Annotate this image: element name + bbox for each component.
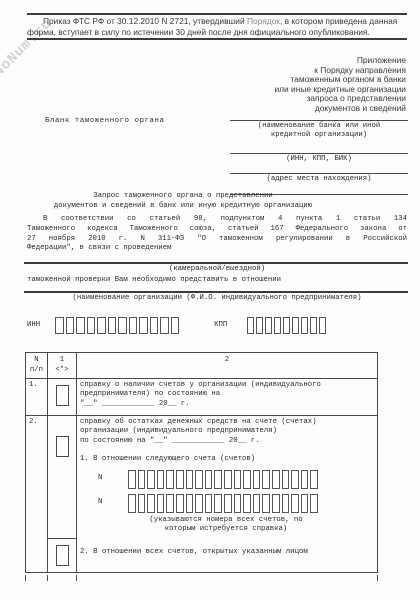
account-number-row: N [80, 470, 375, 489]
row1-checkbox-cell [48, 379, 77, 416]
row1-number: 1. [26, 379, 48, 416]
digit-cell[interactable] [243, 494, 251, 513]
digit-cell[interactable] [253, 470, 261, 489]
digit-cell[interactable] [150, 317, 159, 334]
digit-cell[interactable] [247, 317, 254, 334]
bank-details-block: (наименование банка или иной кредитной о… [230, 120, 408, 195]
digit-cell[interactable] [166, 470, 174, 489]
header-text: N [26, 355, 47, 365]
digit-cell[interactable] [291, 470, 299, 489]
row2-subitem2-label: 2. В отношении всех счетов, открытых ука… [80, 548, 375, 557]
bank-address-caption: (адрес места нахождения) [230, 174, 408, 187]
header-text: <*> [48, 365, 76, 375]
digit-cell[interactable] [301, 317, 308, 334]
table-row: 2. справку об остатках денежных средств … [26, 416, 377, 572]
digit-cell[interactable] [138, 494, 146, 513]
digit-cell[interactable] [243, 470, 251, 489]
intro-line: Таможенного кодекса Таможенного союза, с… [27, 225, 407, 235]
digit-cell[interactable] [291, 494, 299, 513]
digit-cell[interactable] [97, 317, 106, 334]
document-page: NoNum.ru Приказ ФТС РФ от 30.12.2010 N 2… [0, 0, 420, 600]
digit-cell[interactable] [66, 317, 75, 334]
digit-cell[interactable] [292, 317, 299, 334]
digit-cell[interactable] [301, 494, 309, 513]
digit-cell[interactable] [186, 494, 194, 513]
intro-continuation: таможенной проверки Вам необходимо предс… [27, 276, 281, 285]
digit-cell[interactable] [176, 470, 184, 489]
document-title: Запрос таможенного органа о представлени… [27, 192, 339, 212]
digit-cell[interactable] [129, 317, 138, 334]
digit-cell[interactable] [186, 470, 194, 489]
appendix-block: Приложение к Порядку направления таможен… [274, 56, 406, 114]
inn-input[interactable] [55, 317, 179, 334]
digit-cell[interactable] [176, 494, 184, 513]
digit-cell[interactable] [108, 317, 117, 334]
document-title-line: документов и сведений в банк или иную кр… [27, 202, 339, 212]
account-number-input[interactable] [128, 494, 318, 513]
row2-option1-checkbox-cell [48, 416, 76, 539]
account-numbers-caption-line: которым истребуется справка) [128, 525, 324, 534]
digit-cell[interactable] [147, 470, 155, 489]
check-type-caption: (камеральной/выездной) [27, 265, 407, 274]
digit-cell[interactable] [171, 317, 180, 334]
legal-note: Приказ ФТС РФ от 30.12.2010 N 2721, утве… [27, 13, 407, 40]
appendix-line: документов и сведений [274, 104, 406, 114]
account-number-label: N [98, 474, 128, 483]
header-col-mark: 1 <*> [48, 353, 77, 379]
digit-cell[interactable] [256, 317, 263, 334]
digit-cell[interactable] [205, 494, 213, 513]
row2-text-line: организации (индивидуального предпринима… [80, 427, 375, 436]
row1-text-line: предпринимателя) по состоянию на [80, 390, 375, 399]
bank-codes-caption: (ИНН, КПП, БИК) [230, 154, 408, 167]
digit-cell[interactable] [138, 470, 146, 489]
letterhead-label: Бланк таможенного органа [45, 117, 165, 126]
row1-content: справку о наличии счетов у организации (… [77, 379, 377, 416]
organization-fill-line[interactable] [24, 291, 408, 293]
next-row-cut-off [25, 575, 378, 581]
organization-caption: (наименование организации (Ф.И.О. индиви… [27, 294, 407, 303]
codes-row: ИНН КПП [27, 317, 407, 334]
digit-cell[interactable] [195, 470, 203, 489]
digit-cell[interactable] [214, 470, 222, 489]
digit-cell[interactable] [301, 470, 309, 489]
digit-cell[interactable] [224, 494, 232, 513]
row2-content: справку об остатках денежных средств на … [77, 416, 377, 572]
inn-label: ИНН [27, 317, 40, 334]
digit-cell[interactable] [55, 317, 64, 334]
kpp-input[interactable] [247, 317, 326, 334]
check-type-fill-line[interactable] [24, 262, 408, 264]
digit-cell[interactable] [128, 494, 136, 513]
intro-paragraph: В соответствии со статьей 98, подпунктом… [27, 215, 407, 254]
legal-note-text: , в котором приведена данная [280, 16, 397, 26]
digit-cell[interactable] [128, 470, 136, 489]
row2-option1-checkbox[interactable] [56, 436, 69, 457]
digit-cell[interactable] [262, 494, 270, 513]
document-title-line: Запрос таможенного органа о представлени… [27, 192, 339, 202]
header-col-num: N п/п [26, 353, 48, 379]
row2-option2-checkbox[interactable] [56, 545, 69, 566]
digit-cell[interactable] [139, 317, 148, 334]
digit-cell[interactable] [265, 317, 272, 334]
digit-cell[interactable] [224, 470, 232, 489]
digit-cell[interactable] [274, 317, 281, 334]
account-number-input[interactable] [128, 470, 318, 489]
digit-cell[interactable] [234, 470, 242, 489]
digit-cell[interactable] [282, 470, 290, 489]
digit-cell[interactable] [214, 494, 222, 513]
digit-cell[interactable] [147, 494, 155, 513]
row1-text-line: справку о наличии счетов у организации (… [80, 381, 375, 390]
digit-cell[interactable] [310, 317, 317, 334]
kpp-label: КПП [214, 317, 227, 334]
header-text: п/п [26, 365, 47, 375]
account-number-row: N [80, 494, 375, 513]
legal-note-line1: Приказ ФТС РФ от 30.12.2010 N 2721, утве… [27, 16, 407, 27]
digit-cell[interactable] [87, 317, 96, 334]
bank-name-caption: (наименование банка или иной кредитной о… [230, 121, 408, 143]
digit-cell[interactable] [283, 317, 290, 334]
account-numbers-caption-line: (указываются номера всех счетов, по [128, 516, 324, 525]
digit-cell[interactable] [118, 317, 127, 334]
digit-cell[interactable] [262, 470, 270, 489]
legal-note-link: Порядок [247, 16, 280, 26]
account-numbers-caption: (указываются номера всех счетов, по кото… [128, 516, 324, 535]
digit-cell[interactable] [76, 317, 85, 334]
row1-checkbox[interactable] [56, 385, 69, 406]
row2-text-line: справку об остатках денежных средств на … [80, 418, 375, 427]
bank-name-caption-line: кредитной организации) [230, 131, 408, 140]
intro-line: 27 ноября 2010 г. N 311-ФЗ "О таможенном… [27, 235, 407, 245]
digit-cell[interactable] [310, 494, 318, 513]
digit-cell[interactable] [160, 317, 169, 334]
account-number-label: N [98, 498, 128, 507]
digit-cell[interactable] [195, 494, 203, 513]
header-col-content: 2 [77, 353, 377, 379]
intro-line: Федерации", в связи с проведением [27, 244, 407, 254]
legal-note-text: Приказ ФТС РФ от 30.12.2010 N 2721, утве… [43, 16, 247, 26]
digit-cell[interactable] [253, 494, 261, 513]
bank-name-caption-line: (наименование банка или иной [230, 122, 408, 131]
table-header-row: N п/п 1 <*> 2 [26, 353, 377, 379]
intro-line: В соответствии со статьей 98, подпунктом… [27, 215, 407, 225]
row1-date-blank: "__" ____________ 20__ г. [80, 400, 375, 409]
digit-cell[interactable] [157, 470, 165, 489]
digit-cell[interactable] [282, 494, 290, 513]
row2-subitem1-label: 1. В отношении следующего счета (счетов) [80, 455, 375, 464]
digit-cell[interactable] [272, 494, 280, 513]
digit-cell[interactable] [166, 494, 174, 513]
row2-number: 2. [26, 416, 48, 572]
request-items-table: N п/п 1 <*> 2 1. справку о наличии счето… [25, 352, 378, 573]
row2-date-blank: по состоянию на "__" ____________ 20__ г… [80, 437, 375, 446]
digit-cell[interactable] [234, 494, 242, 513]
row2-option2-checkbox-cell [48, 539, 76, 572]
legal-note-line2: форма, вступает в силу по истечении 30 д… [27, 27, 407, 38]
digit-cell[interactable] [319, 317, 326, 334]
table-row: 1. справку о наличии счетов у организаци… [26, 379, 377, 416]
header-text: 1 [48, 355, 76, 365]
digit-cell[interactable] [157, 494, 165, 513]
row2-checkbox-cell [48, 416, 77, 572]
digit-cell[interactable] [272, 470, 280, 489]
digit-cell[interactable] [205, 470, 213, 489]
digit-cell[interactable] [310, 470, 318, 489]
